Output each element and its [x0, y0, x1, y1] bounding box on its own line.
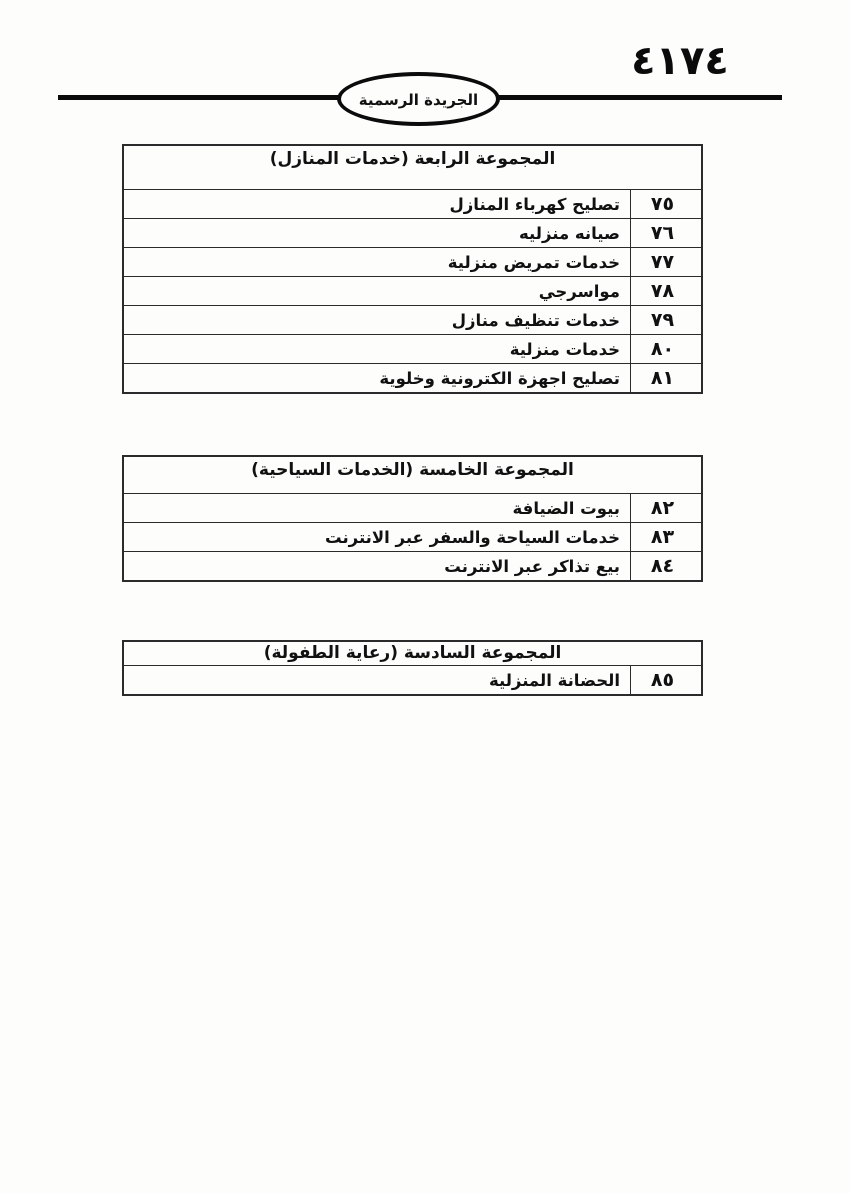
gazette-title-ellipse: الجريدة الرسمية	[337, 72, 500, 126]
row-label: صيانه منزليه	[124, 219, 630, 247]
row-label: بيوت الضيافة	[124, 494, 630, 522]
table-row: ٨٢ بيوت الضيافة	[124, 493, 701, 522]
table-group-four-home-services: المجموعة الرابعة (خدمات المنازل) ٧٥ تصلي…	[122, 144, 703, 394]
row-label: خدمات منزلية	[124, 335, 630, 363]
table-body: ٨٥ الحضانة المنزلية	[124, 665, 701, 694]
table-row: ٧٦ صيانه منزليه	[124, 218, 701, 247]
row-label: خدمات تنظيف منازل	[124, 306, 630, 334]
table-body: ٧٥ تصليح كهرباء المنازل ٧٦ صيانه منزليه …	[124, 189, 701, 392]
table-row: ٧٥ تصليح كهرباء المنازل	[124, 189, 701, 218]
row-number: ٨٠	[630, 335, 701, 363]
table-row: ٧٨ مواسرجي	[124, 276, 701, 305]
table-header: المجموعة السادسة (رعاية الطفولة)	[124, 642, 701, 665]
table-body: ٨٢ بيوت الضيافة ٨٣ خدمات السياحة والسفر …	[124, 493, 701, 580]
table-row: ٨٤ بيع تذاكر عبر الانترنت	[124, 551, 701, 580]
row-number: ٧٥	[630, 190, 701, 218]
row-label: خدمات السياحة والسفر عبر الانترنت	[124, 523, 630, 551]
gazette-title: الجريدة الرسمية	[359, 89, 478, 109]
row-number: ٨١	[630, 364, 701, 392]
table-row: ٧٩ خدمات تنظيف منازل	[124, 305, 701, 334]
row-number: ٧٩	[630, 306, 701, 334]
table-group-five-tourism-services: المجموعة الخامسة (الخدمات السياحية) ٨٢ ب…	[122, 455, 703, 582]
gazette-page: { "page": { "page_number": "٤١٧٤", "gaze…	[0, 0, 850, 1193]
table-row: ٨١ تصليح اجهزة الكترونية وخلوية	[124, 363, 701, 392]
table-row: ٨٠ خدمات منزلية	[124, 334, 701, 363]
row-number: ٨٣	[630, 523, 701, 551]
table-row: ٨٥ الحضانة المنزلية	[124, 665, 701, 694]
table-row: ٨٣ خدمات السياحة والسفر عبر الانترنت	[124, 522, 701, 551]
page-number: ٤١٧٤	[620, 38, 740, 84]
row-label: تصليح اجهزة الكترونية وخلوية	[124, 364, 630, 392]
row-number: ٧٧	[630, 248, 701, 276]
row-label: الحضانة المنزلية	[124, 666, 630, 694]
row-number: ٨٢	[630, 494, 701, 522]
row-number: ٨٥	[630, 666, 701, 694]
row-label: بيع تذاكر عبر الانترنت	[124, 552, 630, 580]
table-group-six-childcare: المجموعة السادسة (رعاية الطفولة) ٨٥ الحض…	[122, 640, 703, 696]
table-header: المجموعة الخامسة (الخدمات السياحية)	[124, 457, 701, 493]
table-header: المجموعة الرابعة (خدمات المنازل)	[124, 146, 701, 189]
row-label: تصليح كهرباء المنازل	[124, 190, 630, 218]
table-row: ٧٧ خدمات تمريض منزلية	[124, 247, 701, 276]
row-label: خدمات تمريض منزلية	[124, 248, 630, 276]
row-number: ٧٦	[630, 219, 701, 247]
row-number: ٧٨	[630, 277, 701, 305]
row-label: مواسرجي	[124, 277, 630, 305]
row-number: ٨٤	[630, 552, 701, 580]
